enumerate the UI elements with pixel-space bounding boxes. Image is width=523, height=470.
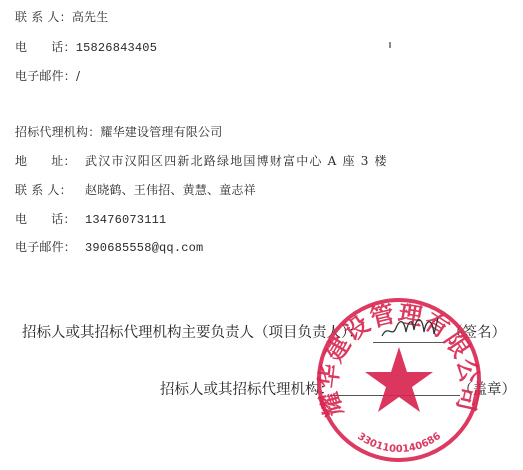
phone-value: 13476073111 <box>85 213 166 227</box>
agency-address-line: 地 址：武汉市汉阳区四新北路绿地国博财富中心 A 座 3 楼 <box>15 152 388 169</box>
principal-label: 招标人或其招标代理机构主要负责人（项目负责人）： <box>22 325 363 341</box>
phone-value: 15826843405 <box>76 41 157 55</box>
email-label: 电子邮件： <box>15 238 85 255</box>
org-label: 招标人或其招标代理机构： <box>160 382 334 398</box>
phone-label: 电 话： <box>15 38 76 55</box>
scan-mark <box>389 42 391 48</box>
svg-text:3301100140686: 3301100140686 <box>355 431 443 455</box>
contact-value: 赵晓鹤、王伟招、黄慧、童志祥 <box>85 181 256 198</box>
agency-value: 耀华建设管理有限公司 <box>100 123 222 140</box>
contact-label: 联 系 人： <box>15 8 72 25</box>
stamp-star-icon <box>365 347 433 412</box>
tenderer-phone-line: 电 话：15826843405 <box>15 38 157 55</box>
contact-label: 联 系 人： <box>15 181 85 198</box>
address-value: 武汉市汉阳区四新北路绿地国博财富中心 A 座 3 楼 <box>85 152 388 169</box>
address-label: 地 址： <box>15 152 85 169</box>
principal-signature-line: 招标人或其招标代理机构主要负责人（项目负责人）： <box>22 321 363 342</box>
agency-name-line: 招标代理机构：耀华建设管理有限公司 <box>15 123 222 140</box>
tenderer-email-line: 电子邮件：/ <box>15 67 80 84</box>
org-seal-line: 招标人或其招标代理机构： <box>160 378 334 399</box>
tenderer-contact-line: 联 系 人：高先生 <box>15 8 108 25</box>
agency-phone-line: 电 话：13476073111 <box>15 210 166 227</box>
phone-label: 电 话： <box>15 210 85 227</box>
email-label: 电子邮件： <box>15 67 76 84</box>
email-value: / <box>76 69 80 83</box>
agency-contact-line: 联 系 人：赵晓鹤、王伟招、黄慧、童志祥 <box>15 181 256 198</box>
contact-value: 高先生 <box>72 8 109 25</box>
agency-email-line: 电子邮件：390685558@qq.com <box>15 238 203 255</box>
agency-label: 招标代理机构： <box>15 123 100 140</box>
stamp-code: 3301100140686 <box>355 431 443 455</box>
handwritten-signature <box>378 310 448 346</box>
email-value: 390685558@qq.com <box>85 241 203 255</box>
